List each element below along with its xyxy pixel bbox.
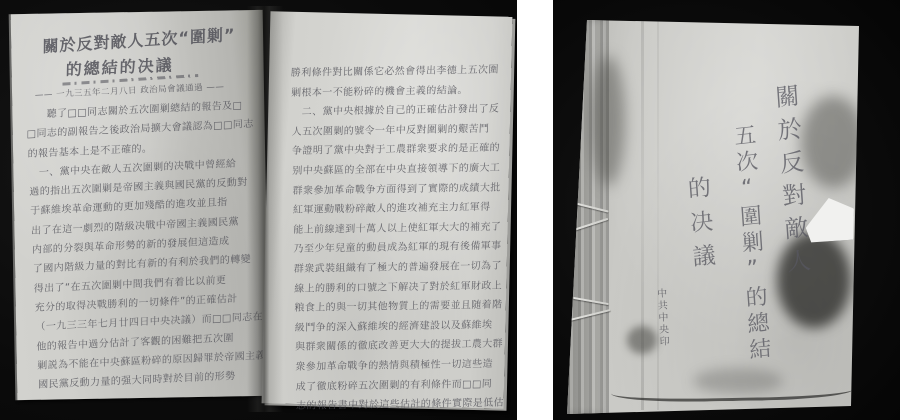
cover-title-column-1: 關於反對敵人 bbox=[767, 82, 816, 283]
left-page: 關於反對敵人五次“圍剿” 的總結的决議 —— 一九三五年二月八日 政治局會議通過… bbox=[11, 10, 270, 400]
text-line: 勝利條件對比關係它必然會得出李德上五次圍 bbox=[290, 61, 499, 84]
cover-title-column-2: 五次“圍剿”的總結 bbox=[727, 122, 775, 365]
cover-title-column-3: 的决議 bbox=[680, 174, 720, 279]
text-line: 志的報告書中對於這些估計的條件實際是低估 bbox=[296, 394, 505, 417]
cover-crease bbox=[641, 20, 644, 410]
right-page-body: 勝利條件對比關係它必然會得出李德上五次圍剿根本一不能粉碎的機會主義的結論。 二、… bbox=[291, 61, 505, 417]
seal-text: 中共中央印 bbox=[652, 288, 670, 349]
left-page-body: 聽了□□同志關於五次圍剿總結的報告及□□同志的副報告之後政治局擴大會議認為□□同… bbox=[25, 96, 268, 396]
left-photo: 關於反對敵人五次“圍剿” 的總結的决議 —— 一九三五年二月八日 政治局會議通過… bbox=[0, 0, 517, 420]
stitched-binding bbox=[567, 20, 609, 414]
cover-bottom-edge bbox=[611, 380, 853, 403]
ink-stain bbox=[801, 96, 865, 188]
text-line: 群衆武裝組織有了極大的普遍發展在一切為了前 bbox=[293, 257, 502, 280]
cover-crease bbox=[657, 20, 659, 410]
right-photo: 關於反對敵人 五次“圍剿”的總結 的决議 中共中央印 bbox=[553, 0, 900, 420]
left-page-text: 關於反對敵人五次“圍剿” 的總結的决議 —— 一九三五年二月八日 政治局會議通過… bbox=[5, 6, 274, 403]
booklet-cover: 關於反對敵人 五次“圍剿”的總結 的决議 中共中央印 bbox=[553, 0, 900, 420]
text-line: 别中央蘇區的全部在中央直接領導下的廣大工農 bbox=[292, 159, 501, 182]
text-line: 衆參加革命戰争的熱情與積極性一切這些造 bbox=[295, 354, 504, 377]
right-page: 勝利條件對比關係它必然會得出李德上五次圍剿根本一不能粉碎的機會主義的結論。 二、… bbox=[262, 11, 513, 408]
